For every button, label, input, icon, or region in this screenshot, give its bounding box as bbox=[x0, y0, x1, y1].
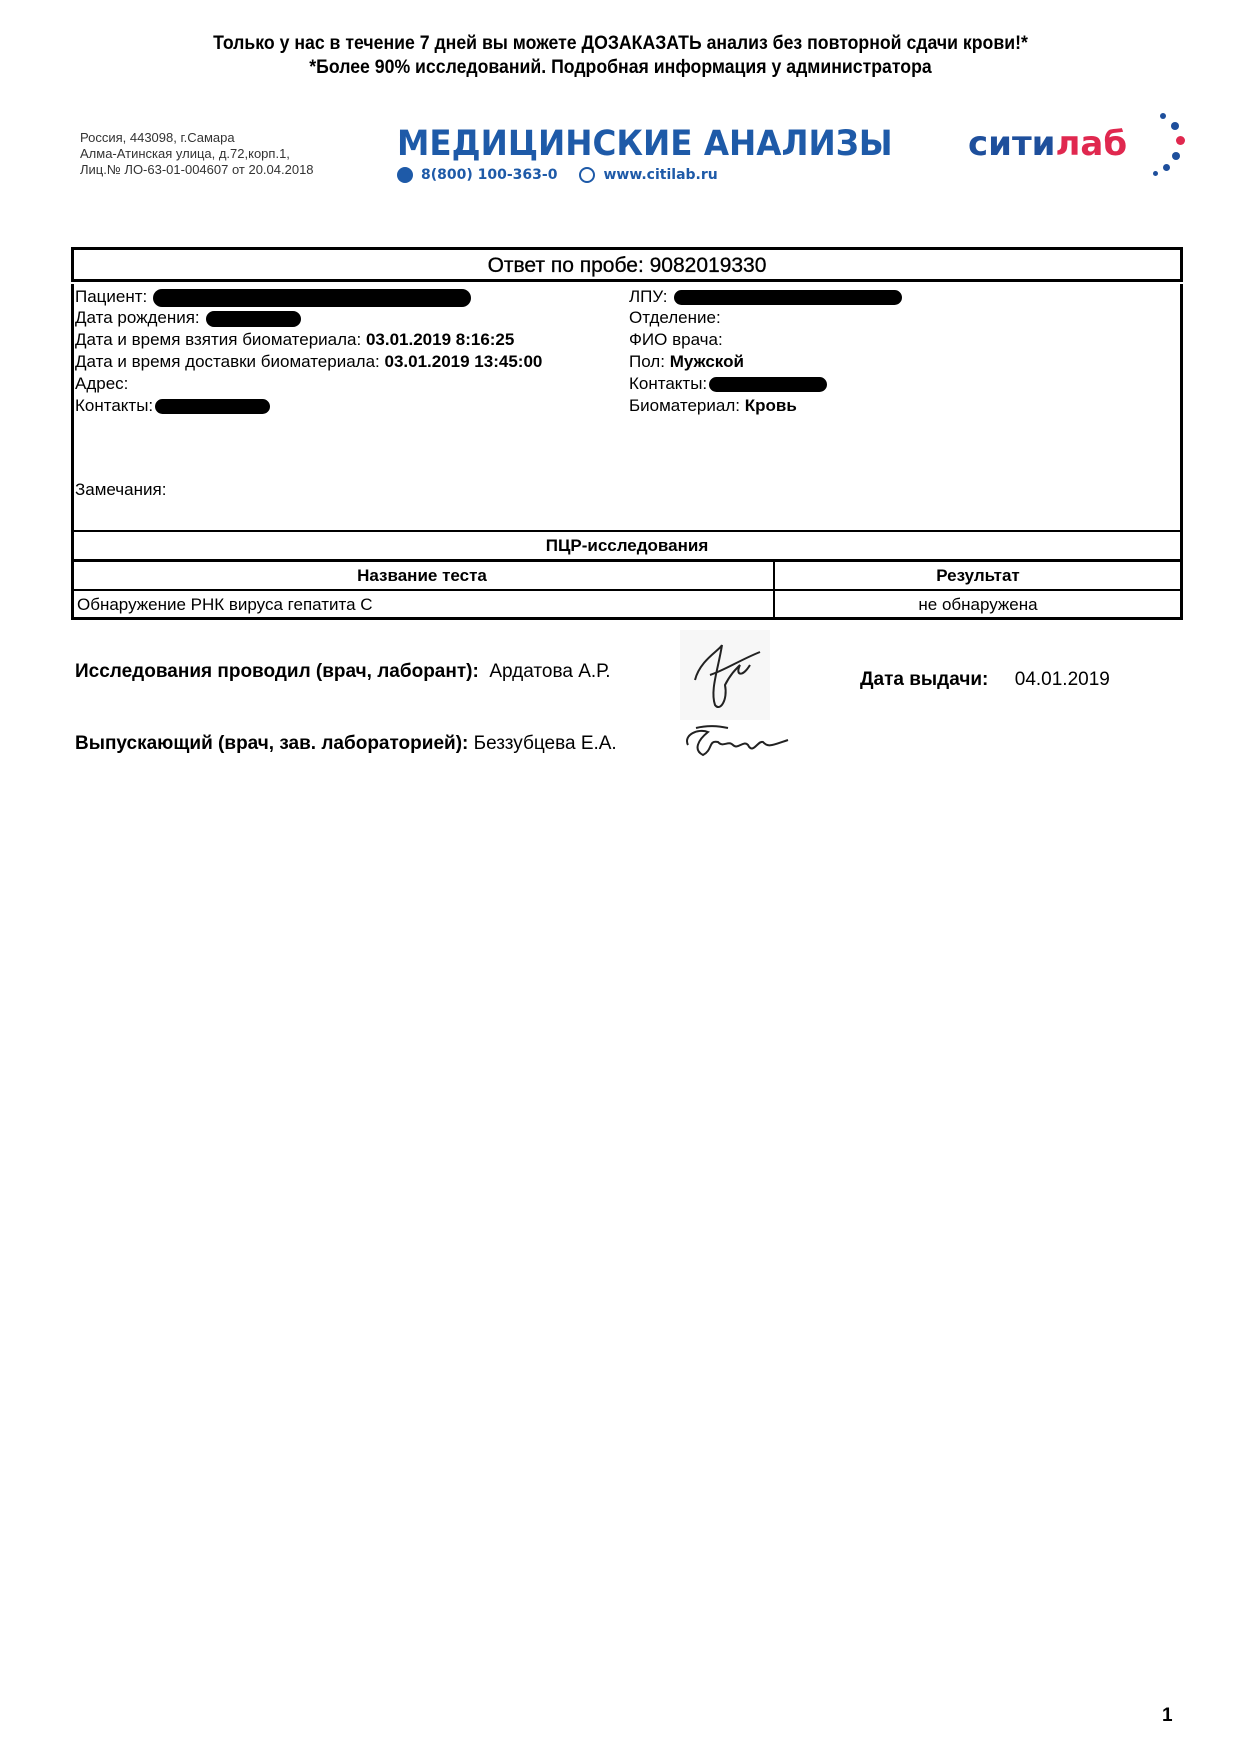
field-contacts-left: Контакты: bbox=[75, 396, 270, 416]
field-label: Дата и время доставки биоматериала: bbox=[75, 352, 380, 371]
field-label: Контакты: bbox=[75, 396, 153, 415]
address-line-2: Алма-Атинская улица, д.72,корп.1, bbox=[80, 146, 314, 162]
field-label: Отделение: bbox=[629, 308, 721, 327]
phone-icon bbox=[397, 167, 413, 183]
brand-phone: 8(800) 100-363-0 bbox=[421, 167, 557, 183]
performed-by-label: Исследования проводил (врач, лаборант): bbox=[75, 661, 479, 682]
issue-date: Дата выдачи: 04.01.2019 bbox=[860, 669, 1110, 691]
globe-icon bbox=[579, 167, 595, 183]
logo-part-2: лаб bbox=[1056, 124, 1128, 164]
redacted-value bbox=[153, 289, 471, 307]
citilab-logo: ситилаб bbox=[968, 124, 1127, 164]
field-address: Адрес: bbox=[75, 374, 128, 394]
divider bbox=[71, 530, 1183, 532]
redacted-value bbox=[709, 377, 827, 392]
released-by-label: Выпускающий (врач, зав. лабораторией): bbox=[75, 733, 468, 754]
brand-website[interactable]: www.citilab.ru bbox=[603, 167, 717, 183]
report-header: Ответ по пробе: 9082019330 bbox=[71, 247, 1183, 282]
redacted-value bbox=[206, 311, 301, 327]
field-birth-date: Дата рождения: bbox=[75, 308, 301, 328]
promo-suffix: анализ без повторной сдачи крови!* bbox=[702, 33, 1028, 54]
field-collection-datetime: Дата и время взятия биоматериала: 03.01.… bbox=[75, 330, 514, 350]
field-doctor-name: ФИО врача: bbox=[629, 330, 723, 350]
field-value: Мужской bbox=[670, 352, 744, 371]
field-label: Дата и время взятия биоматериала: bbox=[75, 330, 361, 349]
field-value: 03.01.2019 13:45:00 bbox=[385, 352, 543, 371]
redacted-value bbox=[155, 399, 270, 414]
performed-by-name: Ардатова А.Р. bbox=[489, 661, 610, 682]
field-gender: Пол: Мужской bbox=[629, 352, 744, 372]
field-label: Дата рождения: bbox=[75, 308, 200, 327]
field-value: 03.01.2019 8:16:25 bbox=[366, 330, 514, 349]
column-header-result: Результат bbox=[775, 566, 1181, 586]
divider bbox=[71, 559, 1183, 562]
lab-address: Россия, 443098, г.Самара Алма-Атинская у… bbox=[80, 130, 314, 178]
field-label: Пол: bbox=[629, 352, 665, 371]
signature-icon bbox=[680, 630, 770, 720]
field-label: Пациент: bbox=[75, 287, 147, 306]
promo-prefix: Только у нас в течение 7 дней вы можете bbox=[213, 33, 581, 54]
redacted-value bbox=[674, 290, 902, 305]
field-label: Биоматериал: bbox=[629, 396, 740, 415]
promo-line-1: Только у нас в течение 7 дней вы можете … bbox=[43, 33, 1197, 55]
issue-date-label: Дата выдачи: bbox=[860, 669, 988, 690]
page-number: 1 bbox=[1162, 1705, 1173, 1727]
divider bbox=[71, 589, 1183, 591]
promo-emphasis: ДОЗАКАЗАТЬ bbox=[581, 33, 701, 54]
pcr-section-title: ПЦР-исследования bbox=[71, 536, 1183, 556]
signature-icon bbox=[678, 720, 798, 770]
field-label: Контакты: bbox=[629, 374, 707, 393]
remarks-label: Замечания: bbox=[75, 480, 166, 500]
report-title: Ответ по пробе: 9082019330 bbox=[74, 254, 1180, 278]
brand-title: МЕДИЦИНСКИЕ АНАЛИЗЫ bbox=[397, 124, 893, 164]
field-contacts-right: Контакты: bbox=[629, 374, 827, 394]
field-biomaterial: Биоматериал: Кровь bbox=[629, 396, 797, 416]
field-department: Отделение: bbox=[629, 308, 721, 328]
brand-contacts: 8(800) 100-363-0 www.citilab.ru bbox=[397, 167, 718, 183]
address-line-1: Россия, 443098, г.Самара bbox=[80, 130, 314, 146]
performed-by: Исследования проводил (врач, лаборант): … bbox=[75, 661, 611, 683]
field-delivery-datetime: Дата и время доставки биоматериала: 03.0… bbox=[75, 352, 542, 372]
issue-date-value: 04.01.2019 bbox=[1015, 669, 1110, 690]
released-by-name: Беззубцева Е.А. bbox=[474, 733, 617, 754]
released-by: Выпускающий (врач, зав. лабораторией): Б… bbox=[75, 733, 617, 755]
field-label: ФИО врача: bbox=[629, 330, 723, 349]
test-result: не обнаружена bbox=[775, 595, 1181, 615]
field-label: Адрес: bbox=[75, 374, 128, 393]
promo-line-2: *Более 90% исследований. Подробная инфор… bbox=[43, 57, 1197, 79]
field-lpu: ЛПУ: bbox=[629, 287, 902, 307]
license-line: Лиц.№ ЛО-63-01-004607 от 20.04.2018 bbox=[80, 162, 314, 178]
logo-part-1: сити bbox=[968, 124, 1056, 164]
test-name: Обнаружение РНК вируса гепатита С bbox=[77, 595, 373, 615]
column-header-test: Название теста bbox=[71, 566, 773, 586]
field-patient: Пациент: bbox=[75, 287, 471, 307]
field-value: Кровь bbox=[745, 396, 797, 415]
field-label: ЛПУ: bbox=[629, 287, 668, 306]
